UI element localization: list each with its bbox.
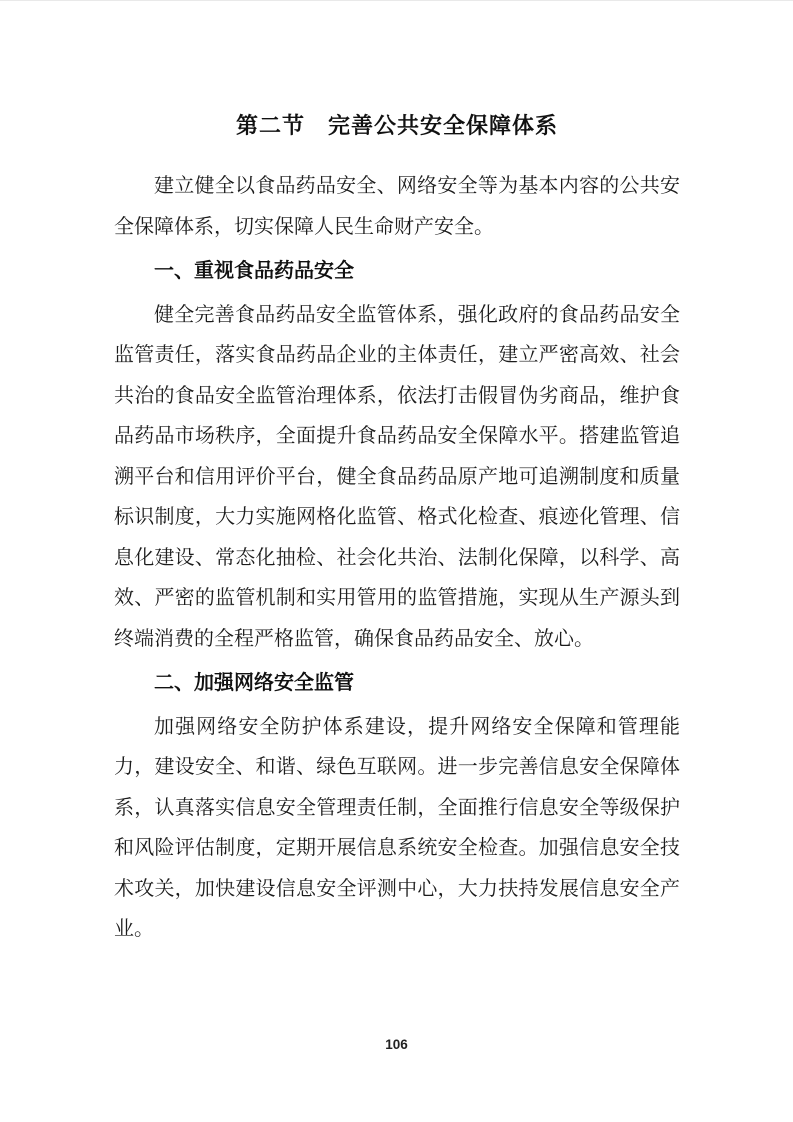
subsection-heading-network-security: 二、加强网络安全监管 [114, 663, 680, 704]
section-title: 第二节 完善公共安全保障体系 [114, 107, 680, 145]
subsection-body-food-drug-safety: 健全完善食品药品安全监管体系，强化政府的食品药品安全监管责任，落实食品药品企业的… [114, 295, 680, 660]
page-number: 106 [0, 1037, 793, 1052]
document-page: 第二节 完善公共安全保障体系 建立健全以食品药品安全、网络安全等为基本内容的公共… [0, 0, 793, 1122]
intro-paragraph: 建立健全以食品药品安全、网络安全等为基本内容的公共安全保障体系，切实保障人民生命… [114, 166, 680, 247]
subsection-heading-food-drug-safety: 一、重视食品药品安全 [114, 251, 680, 292]
page-content: 第二节 完善公共安全保障体系 建立健全以食品药品安全、网络安全等为基本内容的公共… [114, 107, 680, 950]
subsection-body-network-security: 加强网络安全防护体系建设，提升网络安全保障和管理能力，建设安全、和谐、绿色互联网… [114, 707, 680, 950]
